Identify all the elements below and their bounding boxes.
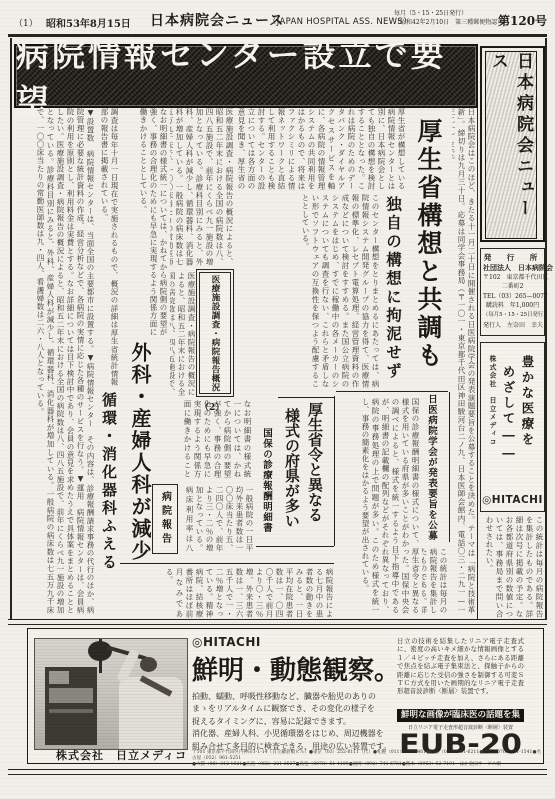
body-center-top: このセンター構想をとりまとめるにあたっては、病院情報システム開発グループの協力を… [236, 194, 380, 388]
issue-number: 第120号 [498, 12, 547, 29]
ad-product-paragraph: 日立の技術を結集したリニア電子走査式に、密度の高いキメ細かな情報画像とする１／４… [397, 637, 524, 696]
publisher-tel: TEL（03）265—0077 [483, 292, 542, 302]
publisher-box: 発 行 所 社団法人 日本病院会 〒102 東京都千代田区 二番町2 TEL（0… [480, 248, 545, 336]
frame-right-rule [545, 38, 547, 620]
body-bottom-strip: 病院報告による七月中の患者数の動きをみると、一日平均在院患者数は一、〇四〇千人で… [120, 568, 334, 618]
right-column-body-text: この統計は毎月の病院報告を集計したものである。詳細は次号に掲載の予定。なお各都道… [481, 516, 544, 618]
body-left-region: ▼設置数 病院情報センターは、当面全国の主要都市に設置する。▼病院情報センター … [13, 108, 95, 614]
photo-person-head [140, 657, 157, 672]
publisher-schedule: （毎月5・15・25日発行） [483, 311, 542, 321]
ad-address-line: ●大阪（06）312-1621●広島（082）221-2527●高松（0878）… [192, 762, 544, 768]
photo-boom-pole [99, 639, 102, 673]
body-above-geka-subhead: 調査は毎年十月一日現在で実施されるもので、概況の詳細は厚生省統計情報部の報告書に… [97, 108, 119, 386]
issue-date: 昭和53年8月15日 [46, 15, 131, 30]
photo-probe-head [88, 641, 112, 661]
body-col-far-right: 日本病院会はこのほど、きたる十一月二十日に開催される日医病院学会の発表演題要旨を… [452, 108, 476, 614]
ad-photo [34, 638, 188, 750]
nameplate-title: 日本病院会ニュース [485, 51, 537, 239]
publisher-price: 購読料 年1,000円 [483, 301, 542, 311]
ad-hitachi-logo-text: HITACHI [203, 635, 261, 649]
photo-panel-strip [49, 709, 93, 713]
frame-bottom-double-rule [8, 619, 547, 625]
side-ad-box: 豊かな医療を めざして―― 株式会社 日立メディコ ◎HITACHI [480, 342, 545, 512]
page-number: （1） [14, 16, 38, 29]
publisher-address-2: 二番町2 [483, 282, 542, 292]
newspaper-page: （1） 昭和53年8月15日 日本病院会ニュース （JAPAN HOSPITAL… [0, 0, 555, 799]
ad-company-name: 株式会社 日立メディコ [56, 747, 187, 763]
side-ad-slogan-bottom: めざして―― [499, 365, 517, 475]
publisher-address-1: 〒102 東京都千代田区 [483, 273, 542, 283]
headline-ministry: 厚生省構想と共調も [410, 118, 446, 374]
photo-monitor-screen [49, 671, 69, 684]
subhead-ministry: 独自の構想に拘泥せず [382, 196, 404, 386]
bottom-strip-rule [120, 563, 334, 564]
headline-gakkai: 日医病院学会が発表要旨を公募 [424, 394, 438, 544]
photo-person-arm [116, 649, 140, 684]
ad-headline: 鮮明・動態観察。 [192, 650, 400, 687]
page-bottom-double-rule [8, 769, 547, 775]
houkoku-label-box: 病院報告 [152, 484, 178, 554]
body-above-survey-box: 医療施設調査・病院報告の概況によると、昭和五二年末における全国の病院数は八、四八… [170, 108, 234, 266]
photo-scope-strap [140, 675, 173, 696]
houkoku-label: 病院報告 [158, 491, 173, 547]
publication-note-2: （昭和42年2月10日 第三種郵便物認可） [394, 19, 509, 27]
mid-section-rule [336, 391, 448, 392]
body-top-strip: 厚生省が構想している病院情報センターとは別に、日本病院会としても独自の構想を検討… [236, 108, 406, 190]
photo-control-panel [49, 688, 93, 703]
banner-headline: 病院情報センター設立で要望 [14, 44, 478, 108]
masthead-text: 日本病院会ニュース [150, 10, 284, 30]
kokuho-side-rule [334, 396, 335, 546]
body-beside-houkoku: 一般病院の一日平均外来患者数は一〇〇床当たり五、二四〇人で、前年より三・二％の増… [184, 486, 254, 552]
kokuho-bottom-rule [256, 546, 334, 547]
nameplate-box: 日本病院会ニュース [480, 46, 545, 242]
ad-body-text: 拍動、蠕動、呼吸性移動など、臓器や胎児のありの まゝをリアルタイムに観察でき、そ… [192, 691, 394, 753]
gakkai-side-rule [449, 392, 450, 542]
side-ad-logo: ◎HITACHI [481, 494, 544, 506]
kokuho-top-rule [278, 397, 334, 398]
headline-geka: 外科・産婦人科が減少 [126, 342, 155, 564]
ad-body-line: 消化器、産婦人科、小児循環器をはじめ、周辺機器を [192, 728, 394, 740]
frame-left-rule [10, 38, 12, 620]
right-column-divider-rule [477, 44, 478, 620]
body-above-geka-headline: なお明細書の様式統一については、かねてから病院側の要望が強く、事務の合理化のため… [122, 108, 168, 336]
ad-body-line: 拍動、蠕動、呼吸性移動など、臓器や胎児のありの [192, 691, 394, 703]
masthead-english: （JAPAN HOSPITAL ASS. NEWS） [268, 15, 412, 27]
photo-person [119, 677, 183, 749]
body-center-lower: 国保の診療報酬明細書の様式について、厚生省令と異なる様式を用いている府県が多いこ… [336, 398, 420, 614]
publisher-person: 発行人 左奈田 幸夫 [483, 321, 542, 331]
survey-box-headline-frame: 医療施設調査・病院報告概況 [199, 272, 231, 394]
ad-hitachi-logo: ◎HITACHI [192, 635, 261, 649]
headline-kokuho-right: 厚生省令と異なる [305, 402, 326, 526]
body-beside-survey-box: 医療施設調査・病院報告の概況によると、昭和五二年末における全国の病院数は八、四八… [170, 272, 196, 396]
ad-slogan-bar: 鮮明な画像が臨床医の話題を集めている [397, 709, 524, 722]
publisher-org: 社団法人 日本病院会 [483, 263, 542, 273]
subhead-kokuho: 国保の診療報酬明細書 [259, 428, 273, 542]
survey-box-headline: 医療施設調査・病院報告概況 [209, 275, 221, 392]
ad-body-line: 捉えるタイミングに、容易に記録できます。 [192, 716, 394, 728]
side-ad-slogan-top: 豊かな医療を [518, 355, 536, 465]
ad-address-block: 〒101 東京都千代田区内神田1-1-14（日立鎌倉橋ビル）●東京（03）252… [192, 750, 544, 767]
ad-address-line: 〒101 東京都千代田区内神田1-1-14（日立鎌倉橋ビル）●東京（03）252… [192, 750, 544, 762]
publisher-box-title: 発 行 所 [483, 252, 542, 263]
bottom-ad-box: ◎HITACHI 鮮明・動態観察。 拍動、蠕動、呼吸性移動など、臓器や胎児のあり… [27, 628, 544, 764]
body-left-of-kokuho: なお明細書の様式統一については、かねてから病院側の要望が強く、事務の合理化のため… [184, 400, 252, 478]
hitachi-mark-icon: ◎ [482, 494, 492, 506]
publication-note-1: 毎月（5・15・25日発行） [394, 10, 467, 18]
body-below-gakkai: この統計は毎月の病院報告を集計したものである。詳細は次号に掲載の予定。なお各都道… [422, 548, 448, 614]
hitachi-mark-icon: ◎ [192, 635, 203, 649]
ad-body-line: まゝをリアルタイムに観察でき、その変化の様子を [192, 703, 394, 715]
side-ad-company: 株式会社 日立メディコ [487, 355, 497, 475]
photo-machine [45, 667, 97, 745]
headline-kokuho-left: 様式の府県が多い [282, 408, 303, 532]
side-ad-logo-text: HITACHI [492, 494, 543, 506]
photo-probe-arm [107, 646, 147, 661]
subhead-geka: 循環・消化器科ふえる [99, 392, 120, 582]
